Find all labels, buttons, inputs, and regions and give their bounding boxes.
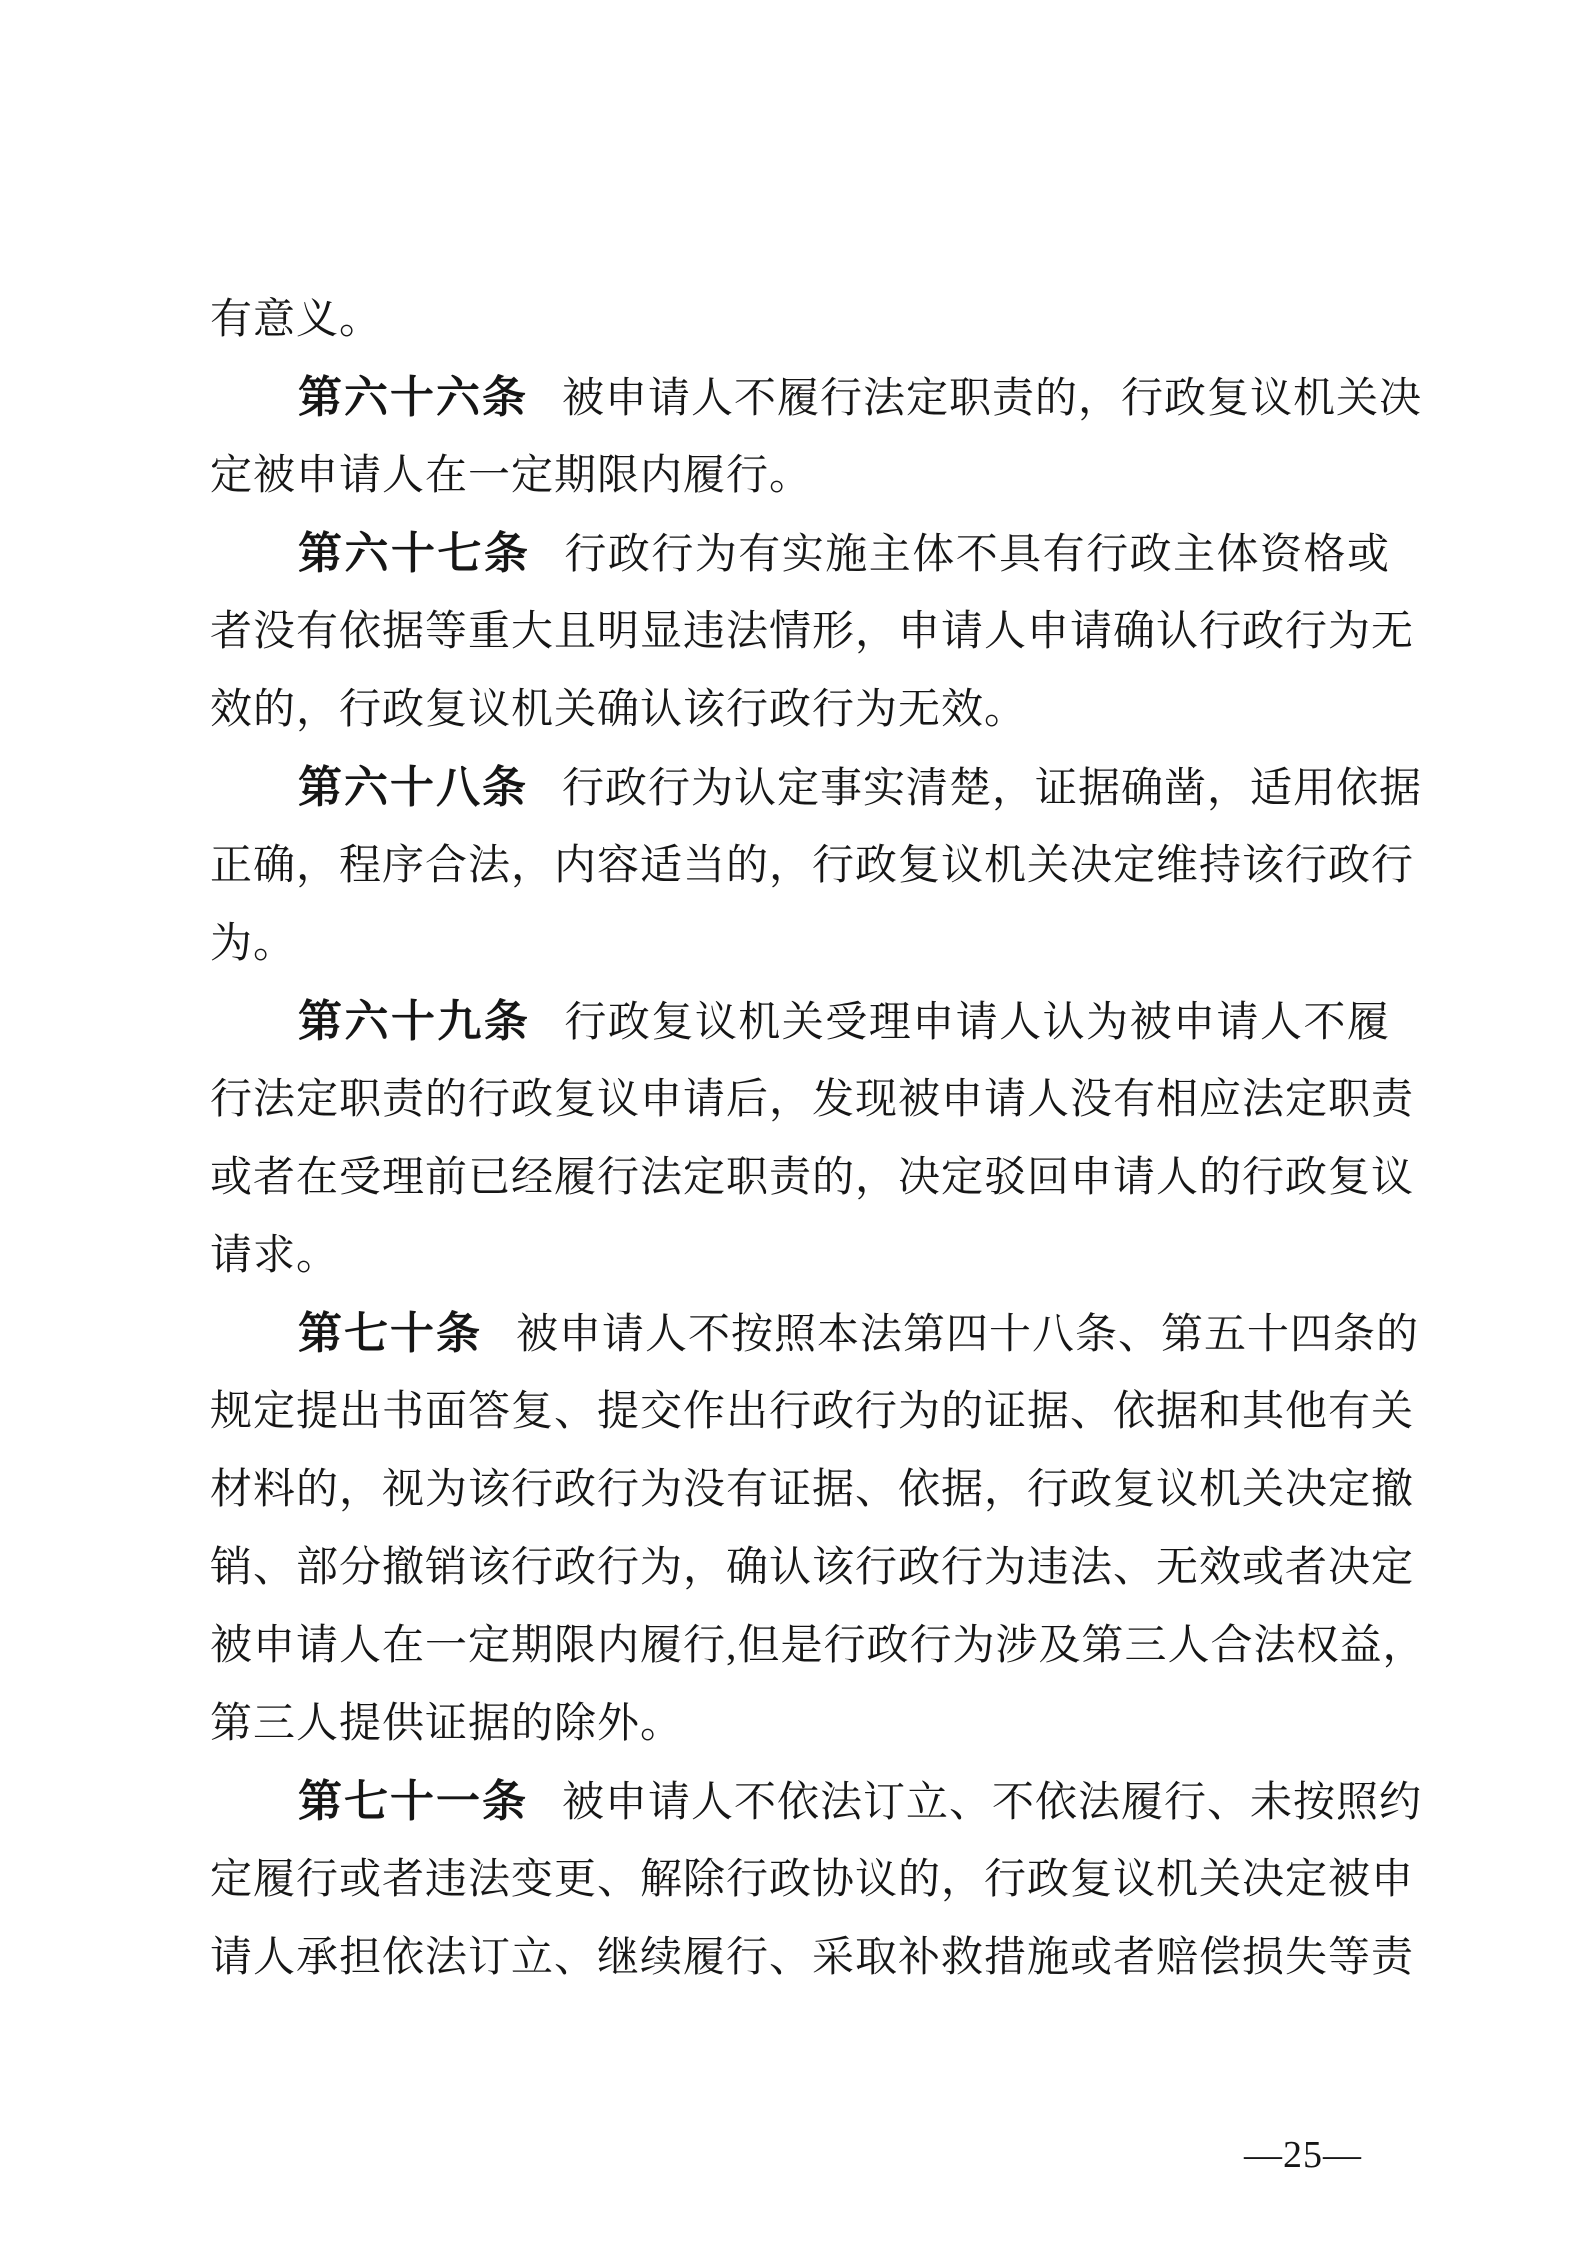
line-text: 被申请人在一定期限内履行,但是行政行为涉及第三人合法权益， [210,1623,1426,1669]
article-68-label: 第六十八条 [298,763,528,812]
line-text: 为。 [210,921,296,967]
line-text: 效的，行政复议机关确认该行政行为无效。 [210,687,1027,733]
line-text: 被申请人不履行法定职责的，行政复议机关决 [562,376,1422,422]
article-70-label: 第七十条 [298,1309,482,1358]
text-line: 效的，行政复议机关确认该行政行为无效。 [210,671,1390,749]
article-67-label: 第六十七条 [298,529,530,578]
line-text: 定被申请人在一定期限内履行。 [210,453,812,499]
text-line: 第六十六条被申请人不履行法定职责的，行政复议机关决 [210,359,1390,437]
text-line: 者没有依据等重大且明显违法情形，申请人申请确认行政行为无 [210,593,1390,671]
text-line: 请人承担依法订立、继续履行、采取补救措施或者赔偿损失等责 [210,1919,1390,1997]
text-line: 定履行或者违法变更、解除行政协议的，行政复议机关决定被申 [210,1841,1390,1919]
line-text: 材料的，视为该行政行为没有证据、依据，行政复议机关决定撤 [210,1467,1414,1513]
line-text: 被申请人不按照本法第四十八条、第五十四条的 [516,1312,1419,1358]
line-text: 规定提出书面答复、提交作出行政行为的证据、依据和其他有关 [210,1389,1414,1435]
text-line: 或者在受理前已经履行法定职责的，决定驳回申请人的行政复议 [210,1139,1390,1217]
text-line: 销、部分撤销该行政行为，确认该行政行为违法、无效或者决定 [210,1529,1390,1607]
text-line: 第七十一条被申请人不依法订立、不依法履行、未按照约 [210,1763,1390,1841]
line-text: 正确，程序合法，内容适当的，行政复议机关决定维持该行政行 [210,843,1414,889]
text-line: 行法定职责的行政复议申请后，发现被申请人没有相应法定职责 [210,1061,1390,1139]
line-text: 请求。 [210,1233,339,1279]
document-page: 有意义。 第六十六条被申请人不履行法定职责的，行政复议机关决 定被申请人在一定期… [0,0,1587,2245]
line-text: 定履行或者违法变更、解除行政协议的，行政复议机关决定被申 [210,1857,1414,1903]
text-line: 被申请人在一定期限内履行,但是行政行为涉及第三人合法权益， [210,1607,1390,1685]
text-line: 第六十九条行政复议机关受理申请人认为被申请人不履 [210,983,1390,1061]
line-text: 有意义。 [210,297,382,343]
text-line: 第六十七条行政行为有实施主体不具有行政主体资格或 [210,515,1390,593]
line-text: 行法定职责的行政复议申请后，发现被申请人没有相应法定职责 [210,1077,1414,1123]
text-line: 定被申请人在一定期限内履行。 [210,437,1390,515]
article-69-label: 第六十九条 [298,997,530,1046]
page-number: —25— [1244,2130,1362,2180]
line-text: 第三人提供证据的除外。 [210,1701,683,1747]
line-text: 行政行为有实施主体不具有行政主体资格或 [564,532,1390,578]
text-line: 规定提出书面答复、提交作出行政行为的证据、依据和其他有关 [210,1373,1390,1451]
line-text: 行政复议机关受理申请人认为被申请人不履 [564,1000,1390,1046]
text-line: 请求。 [210,1217,1390,1295]
line-text: 请人承担依法订立、继续履行、采取补救措施或者赔偿损失等责 [210,1935,1414,1981]
text-line: 第六十八条行政行为认定事实清楚，证据确凿，适用依据 [210,749,1390,827]
text-line: 正确，程序合法，内容适当的，行政复议机关决定维持该行政行 [210,827,1390,905]
text-line: 第七十条被申请人不按照本法第四十八条、第五十四条的 [210,1295,1390,1373]
text-line: 有意义。 [210,281,1390,359]
line-text: 或者在受理前已经履行法定职责的，决定驳回申请人的行政复议 [210,1155,1414,1201]
text-block: 有意义。 第六十六条被申请人不履行法定职责的，行政复议机关决 定被申请人在一定期… [210,281,1390,1997]
text-line: 第三人提供证据的除外。 [210,1685,1390,1763]
article-66-label: 第六十六条 [298,373,528,422]
article-71-label: 第七十一条 [298,1777,528,1826]
text-line: 材料的，视为该行政行为没有证据、依据，行政复议机关决定撤 [210,1451,1390,1529]
line-text: 者没有依据等重大且明显违法情形，申请人申请确认行政行为无 [210,609,1414,655]
line-text: 被申请人不依法订立、不依法履行、未按照约 [562,1780,1422,1826]
line-text: 行政行为认定事实清楚，证据确凿，适用依据 [562,766,1422,812]
line-text: 销、部分撤销该行政行为，确认该行政行为违法、无效或者决定 [210,1545,1414,1591]
text-line: 为。 [210,905,1390,983]
